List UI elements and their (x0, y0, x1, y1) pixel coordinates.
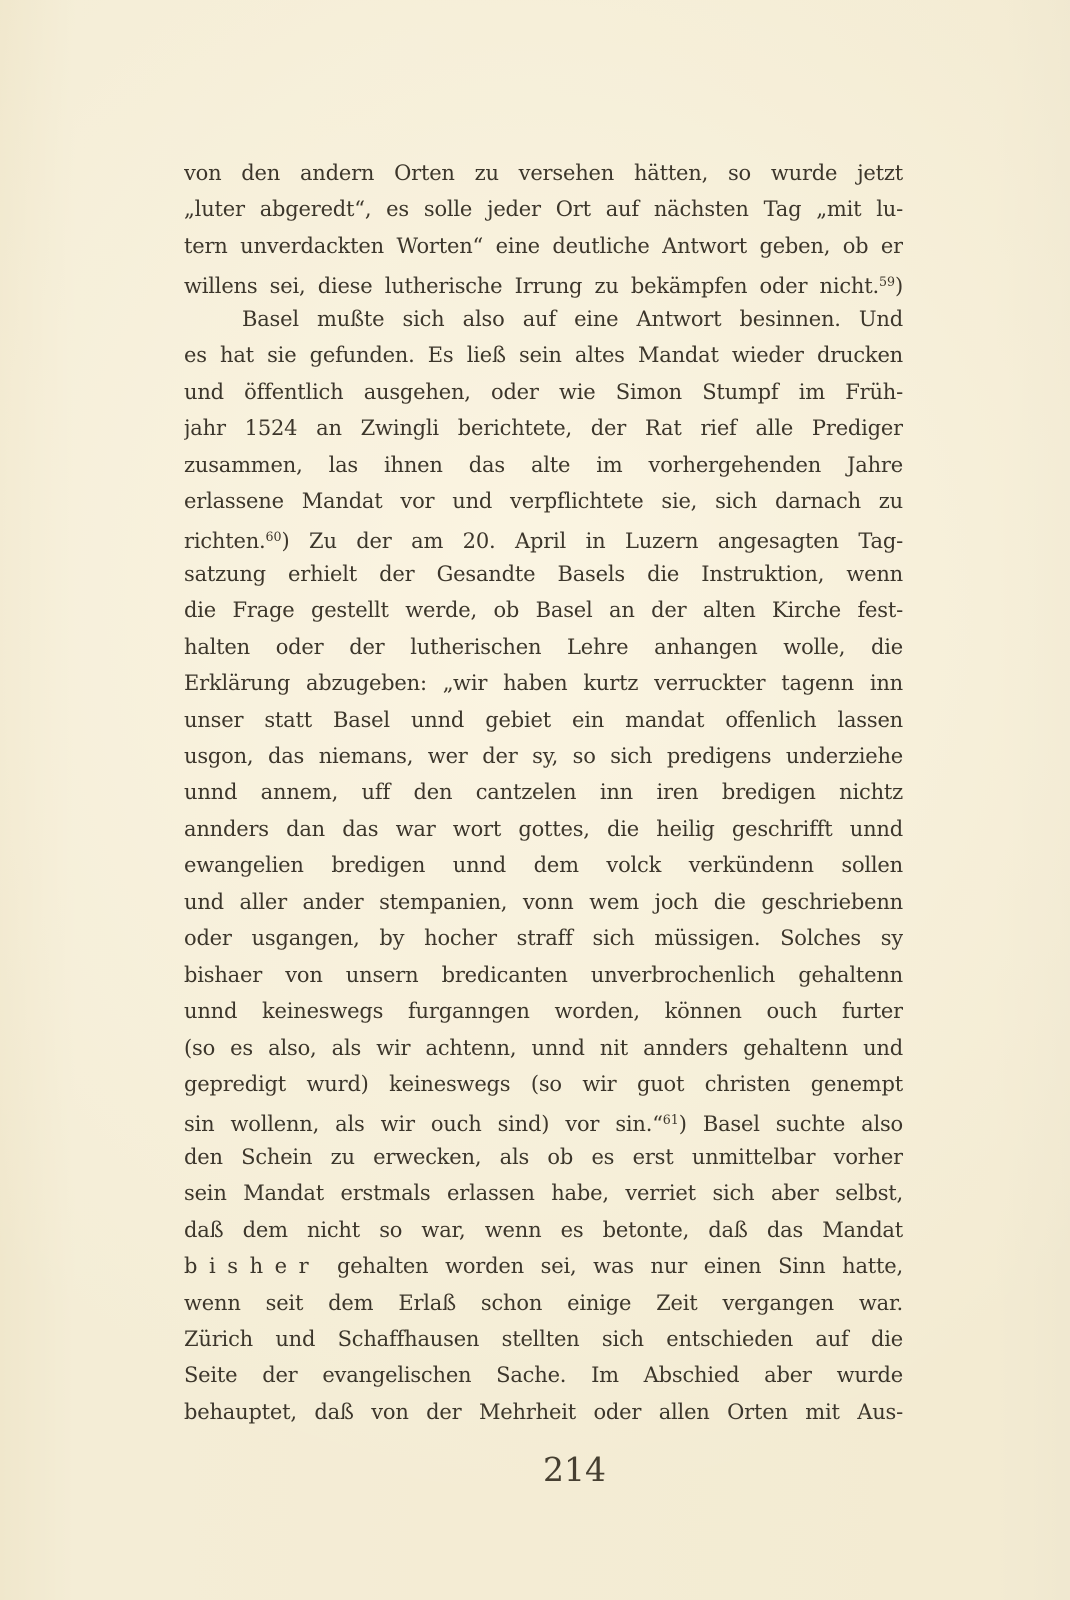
text-segment: ) (895, 274, 903, 298)
text-segment: wenn seit dem Erlaß schon einige Zeit ve… (184, 1291, 903, 1315)
text-segment: zusammen, las ihnen das alte im vorherge… (184, 453, 903, 477)
text-segment: jahr 1524 an Zwingli berichtete, der Rat… (184, 416, 903, 440)
text-line: es hat sie gefunden. Es ließ sein altes … (184, 337, 903, 373)
text-line: halten oder der lutherischen Lehre anhan… (184, 629, 903, 665)
text-line: ewangelien bredigen unnd dem volck verkü… (184, 847, 903, 883)
text-segment: annders dan das war wort gottes, die hei… (184, 817, 903, 841)
text-segment: Seite der evangelischen Sache. Im Abschi… (184, 1363, 903, 1387)
text-segment: ewangelien bredigen unnd dem volck verkü… (184, 853, 903, 877)
text-segment: unnd annem, uff den cantzelen inn iren b… (184, 780, 903, 804)
footnote-marker: 59 (879, 274, 895, 289)
text-segment: ) Zu der am 20. April in Luzern angesagt… (282, 529, 903, 553)
text-block: von den andern Orten zu versehen hätten,… (184, 155, 903, 1430)
text-line: gepredigt wurd) keineswegs (so wir guot … (184, 1066, 903, 1102)
text-line: willens sei, diese lutherische Irrung zu… (184, 264, 903, 300)
text-segment: und aller ander stempanien, vonn wem joc… (184, 890, 903, 914)
text-line: annders dan das war wort gottes, die hei… (184, 811, 903, 847)
text-line: die Frage gestellt werde, ob Basel an de… (184, 592, 903, 628)
text-line: bishaer von unsern bredicanten unverbroc… (184, 957, 903, 993)
text-line: behauptet, daß von der Mehrheit oder all… (184, 1394, 903, 1430)
page-number: 214 (215, 1450, 934, 1490)
text-segment: bishaer von unsern bredicanten unverbroc… (184, 963, 903, 987)
text-line: sin wollenn, als wir ouch sind) vor sin.… (184, 1102, 903, 1138)
text-segment: von den andern Orten zu versehen hätten,… (184, 161, 903, 185)
text-segment: (so es also, als wir achtenn, unnd nit a… (184, 1036, 903, 1060)
text-segment: halten oder der lutherischen Lehre anhan… (184, 635, 903, 659)
text-segment: unser statt Basel unnd gebiet ein mandat… (184, 708, 903, 732)
text-line: usgon, das niemans, wer der sy, so sich … (184, 738, 903, 774)
text-line: bisher gehalten worden sei, was nur eine… (184, 1248, 903, 1284)
text-segment: Basel mußte sich also auf eine Antwort b… (242, 307, 903, 331)
text-segment: Erklärung abzugeben: „wir haben kurtz ve… (184, 671, 903, 695)
text-segment: sin wollenn, als wir ouch sind) vor sin.… (184, 1112, 663, 1136)
text-segment: sein Mandat erstmals erlassen habe, verr… (184, 1181, 903, 1205)
text-segment: ) Basel suchte also (679, 1112, 903, 1136)
text-segment: unnd keineswegs furganngen worden, könne… (184, 999, 903, 1023)
text-line: daß dem nicht so war, wenn es betonte, d… (184, 1212, 903, 1248)
emphasized-word: bisher (184, 1254, 320, 1278)
text-segment: usgon, das niemans, wer der sy, so sich … (184, 744, 903, 768)
text-line: satzung erhielt der Gesandte Basels die … (184, 556, 903, 592)
text-line: Basel mußte sich also auf eine Antwort b… (184, 301, 903, 337)
text-segment: tern unverdackten Worten“ eine deutliche… (184, 234, 903, 258)
text-line: und aller ander stempanien, vonn wem joc… (184, 884, 903, 920)
text-line: erlassene Mandat vor und verpflichtete s… (184, 483, 903, 519)
text-segment: richten. (184, 529, 266, 553)
text-line: von den andern Orten zu versehen hätten,… (184, 155, 903, 191)
text-line: richten.60) Zu der am 20. April in Luzer… (184, 519, 903, 555)
text-segment: daß dem nicht so war, wenn es betonte, d… (184, 1218, 903, 1242)
text-segment: gehalten worden sei, was nur einen Sinn … (320, 1254, 903, 1278)
text-line: oder usgangen, by hocher straff sich müs… (184, 920, 903, 956)
footnote-marker: 60 (266, 529, 282, 544)
text-line: Erklärung abzugeben: „wir haben kurtz ve… (184, 665, 903, 701)
text-segment: willens sei, diese lutherische Irrung zu… (184, 274, 879, 298)
text-segment: behauptet, daß von der Mehrheit oder all… (184, 1400, 903, 1424)
text-segment: es hat sie gefunden. Es ließ sein altes … (184, 343, 903, 367)
text-line: „luter abgeredt“, es solle jeder Ort auf… (184, 191, 903, 227)
text-line: unnd keineswegs furganngen worden, könne… (184, 993, 903, 1029)
text-segment: gepredigt wurd) keineswegs (so wir guot … (184, 1072, 903, 1096)
text-line: (so es also, als wir achtenn, unnd nit a… (184, 1030, 903, 1066)
footnote-marker: 61 (663, 1112, 679, 1127)
text-segment: erlassene Mandat vor und verpflichtete s… (184, 489, 903, 513)
text-segment: „luter abgeredt“, es solle jeder Ort auf… (184, 197, 903, 221)
text-line: unnd annem, uff den cantzelen inn iren b… (184, 774, 903, 810)
text-line: sein Mandat erstmals erlassen habe, verr… (184, 1175, 903, 1211)
text-line: tern unverdackten Worten“ eine deutliche… (184, 228, 903, 264)
text-segment: und öffentlich ausgehen, oder wie Simon … (184, 380, 903, 404)
text-line: wenn seit dem Erlaß schon einige Zeit ve… (184, 1285, 903, 1321)
text-segment: den Schein zu erwecken, als ob es erst u… (184, 1145, 903, 1169)
text-line: unser statt Basel unnd gebiet ein mandat… (184, 702, 903, 738)
text-line: jahr 1524 an Zwingli berichtete, der Rat… (184, 410, 903, 446)
text-segment: oder usgangen, by hocher straff sich müs… (184, 926, 903, 950)
text-line: und öffentlich ausgehen, oder wie Simon … (184, 374, 903, 410)
text-line: den Schein zu erwecken, als ob es erst u… (184, 1139, 903, 1175)
text-line: zusammen, las ihnen das alte im vorherge… (184, 447, 903, 483)
text-line: Zürich und Schaffhausen stellten sich en… (184, 1321, 903, 1357)
text-line: Seite der evangelischen Sache. Im Abschi… (184, 1357, 903, 1393)
text-segment: satzung erhielt der Gesandte Basels die … (184, 562, 903, 586)
text-segment: die Frage gestellt werde, ob Basel an de… (184, 598, 903, 622)
text-segment: Zürich und Schaffhausen stellten sich en… (184, 1327, 903, 1351)
